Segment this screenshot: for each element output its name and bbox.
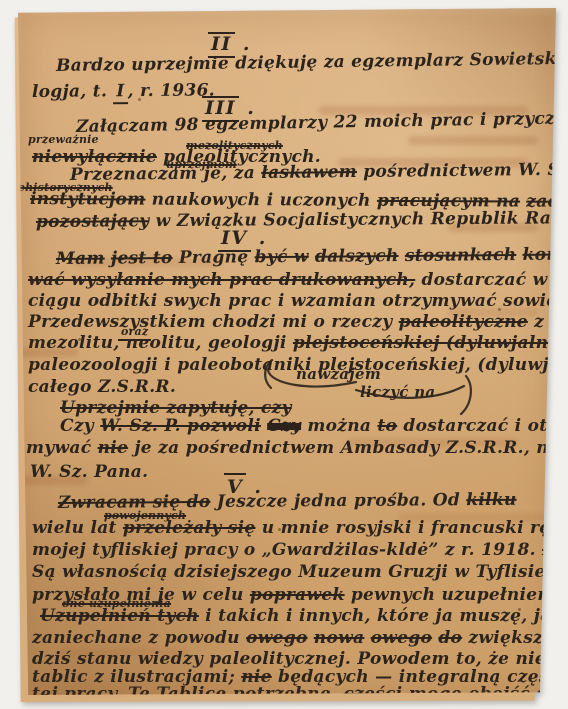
- text-segment: jest to: [111, 248, 173, 269]
- text-segment: Uzupełnień tych: [40, 606, 199, 626]
- text-segment: wielu lat: [32, 518, 123, 538]
- handwritten-line: zaniechane z powodu owego nowa owego do …: [32, 629, 568, 648]
- text-segment: wać wysyłanie mych prac drukowanych,: [28, 270, 415, 290]
- handwritten-line: pozostający w Związku Socjalistycznych R…: [36, 209, 568, 231]
- text-segment: je za pośrednictwem Ambasady Z.S.R.R., n…: [128, 438, 568, 458]
- text-segment: dalszych: [315, 246, 399, 267]
- text-segment: naukowych i uczonych: [145, 190, 377, 211]
- handwritten-line: wielu lat przeleżały się u mnie rosyjski…: [32, 519, 568, 538]
- text-segment: paleolityczne: [399, 312, 528, 332]
- text-segment: Jeszcze jedna prośba. Od: [210, 490, 466, 512]
- text-segment: .: [235, 33, 251, 55]
- text-segment: za: [563, 585, 568, 605]
- text-segment: zaniechane z powodu: [32, 628, 246, 648]
- text-segment: Pragnę: [172, 247, 254, 268]
- text-segment: pośrednictwem W. Sz. Pana, dla: [357, 159, 568, 182]
- text-segment: dostarczać i otrzy-: [397, 416, 568, 436]
- handwritten-line: Uprzejmie zapytuję, czy: [60, 399, 292, 418]
- text-segment: kilku: [466, 490, 516, 510]
- handwritten-line: całego Z.S.R.R.: [28, 378, 176, 397]
- text-segment: z paleolitu,: [528, 312, 568, 332]
- handwritten-line: Czy W. Sz. P. pozwoli Czy można to dosta…: [60, 417, 568, 436]
- text-segment: I: [113, 82, 127, 104]
- handwritten-line: ciągu odbitki swych prac i wzamian otrzy…: [28, 292, 568, 311]
- ink-layer: II .Bardzo uprzejmie dziękuję za egzempl…: [18, 8, 556, 695]
- text-segment: przeleżały się: [123, 518, 256, 538]
- text-segment: nie: [98, 438, 129, 458]
- handwritten-line: Przedewszystkiem chodzi mi o rzeczy pale…: [28, 313, 568, 332]
- text-segment: kontynuo-: [522, 244, 568, 265]
- text-segment: dziś stanu wiedzy paleolitycznej. Powode…: [32, 649, 568, 669]
- text-segment: Załączam 98 egzemplarzy 22 moich prac i …: [76, 108, 568, 137]
- scan-background: { "colors": { "background": "#f1f0ed", "…: [0, 0, 568, 709]
- text-segment: można: [301, 416, 377, 436]
- text-segment: owego: [371, 628, 433, 648]
- text-segment: mojej tyfliskiej pracy o „Gwardżilas-kld…: [32, 540, 542, 560]
- handwritten-line: Są własnością dzisiejszego Muzeum Gruzji…: [32, 563, 568, 582]
- handwritten-line: mywać nie je za pośrednictwem Ambasady Z…: [26, 439, 568, 458]
- text-segment: Mam: [56, 249, 105, 269]
- text-segment: i takich i innych, które ja muszę, jako …: [199, 606, 568, 626]
- text-segment: plejstoceńskiej (dyluwjalnej): [293, 333, 568, 353]
- handwritten-line: mezolitu, neolitu, geologji plejstoceńsk…: [28, 334, 568, 353]
- handwritten-line: przeważnie: [28, 134, 99, 146]
- text-segment: liczyć na: [360, 383, 435, 401]
- text-segment: mywać: [26, 438, 98, 458]
- text-segment: Bardzo uprzejmie dziękuję za egzemplarz …: [56, 47, 568, 76]
- text-segment: Czy: [60, 416, 100, 436]
- text-segment: u mnie rosyjski i francuski rękopisy: [256, 518, 568, 538]
- text-segment: pozostający: [36, 211, 149, 232]
- handwritten-line: liczyć na: [360, 384, 435, 401]
- handwritten-line: logja, t. I, r. 1936.: [32, 81, 215, 104]
- text-segment: stosunkach: [405, 245, 517, 266]
- text-segment: pewnych uzupełnień.: [345, 585, 563, 605]
- text-segment: w Związku Socjalistycznych Republik Rad.: [149, 208, 568, 231]
- text-segment: owego: [246, 628, 308, 648]
- handwritten-line: Przeznaczam je, za łaskawem pośrednictwe…: [70, 160, 568, 185]
- text-segment: .: [251, 227, 267, 249]
- text-segment: logja, t.: [32, 81, 114, 102]
- text-segment: ciągu odbitki swych prac i wzamian otrzy…: [28, 291, 568, 311]
- text-segment: łaskawem: [261, 162, 357, 183]
- text-segment: mezolitu, neolitu, geologji: [28, 333, 293, 353]
- handwritten-line: nawzajem: [296, 366, 381, 383]
- text-segment: to: [377, 416, 397, 436]
- text-segment: poprawek: [250, 585, 345, 605]
- text-segment: dostarczać w dalszym: [415, 270, 568, 290]
- text-segment: Uprzejmie zapytuję, czy: [60, 398, 292, 418]
- handwritten-line: W. Sz. Pana.: [30, 463, 148, 482]
- text-segment: nowa: [314, 628, 365, 648]
- text-segment: Są własnością dzisiejszego Muzeum Gruzji…: [32, 562, 568, 582]
- text-segment: do: [438, 628, 462, 648]
- manuscript-sheet-wrap: II .Bardzo uprzejmie dziękuję za egzempl…: [0, 0, 568, 709]
- handwritten-line: dziś stanu wiedzy paleolitycznej. Powode…: [32, 650, 568, 669]
- text-segment: instytucjom: [30, 189, 146, 210]
- text-segment: nawzajem: [296, 365, 381, 383]
- text-segment: Czy: [267, 416, 301, 436]
- text-segment: Rękopis: [542, 540, 568, 560]
- handwritten-line: Załączam 98 egzemplarzy 22 moich prac i …: [76, 109, 568, 137]
- handwritten-line: mojej tyfliskiej pracy o „Gwardżilas-kld…: [32, 541, 568, 560]
- text-segment: być w: [255, 247, 309, 267]
- handwritten-line: wać wysyłanie mych prac drukowanych, dos…: [28, 271, 568, 290]
- text-segment: przeważnie: [28, 133, 99, 146]
- handwritten-line: Uzupełnień tych i takich i innych, które…: [40, 607, 568, 626]
- handwritten-line: Mam jest to Pragnę być w dalszych stosun…: [56, 245, 568, 269]
- text-segment: W. Sz. P. pozwoli: [100, 416, 261, 436]
- text-segment: Przedewszystkiem chodzi mi o rzeczy: [28, 312, 399, 332]
- manuscript-page: II .Bardzo uprzejmie dziękuję za egzempl…: [18, 8, 556, 695]
- text-segment: zwiększonego: [462, 628, 568, 648]
- text-segment: całego Z.S.R.R.: [28, 377, 176, 397]
- text-segment: W. Sz. Pana.: [30, 462, 148, 482]
- handwritten-line: Bardzo uprzejmie dziękuję za egzemplarz …: [56, 48, 568, 75]
